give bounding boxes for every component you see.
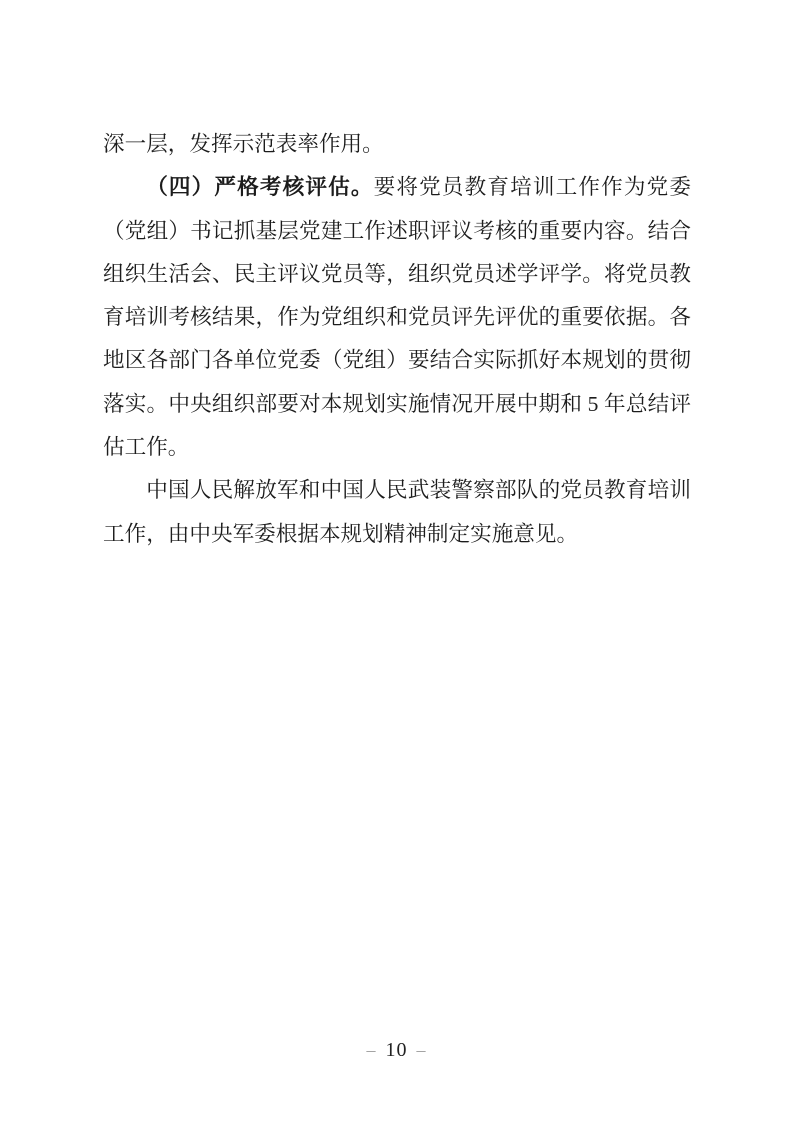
footer-dash-right: – xyxy=(408,1040,436,1060)
paragraph-military: 中国人民解放军和中国人民武装警察部队的党员教育培训工作，由中央军委根据本规划精神… xyxy=(103,469,691,556)
page-number: 10 xyxy=(386,1039,408,1061)
section-four-text: 要将党员教育培训工作作为党委（党组）书记抓基层党建工作述职评议考核的重要内容。结… xyxy=(103,175,691,459)
document-page: 深一层，发挥示范表率作用。 （四）严格考核评估。要将党员教育培训工作作为党委（党… xyxy=(0,0,793,1122)
page-footer: –10– xyxy=(0,1038,793,1062)
document-body: 深一层，发挥示范表率作用。 （四）严格考核评估。要将党员教育培训工作作为党委（党… xyxy=(103,123,691,556)
section-four-heading: （四）严格考核评估。 xyxy=(146,175,373,199)
paragraph-continuation: 深一层，发挥示范表率作用。 xyxy=(103,123,691,166)
footer-dash-left: – xyxy=(358,1040,386,1060)
paragraph-section-four: （四）严格考核评估。要将党员教育培训工作作为党委（党组）书记抓基层党建工作述职评… xyxy=(103,166,691,469)
